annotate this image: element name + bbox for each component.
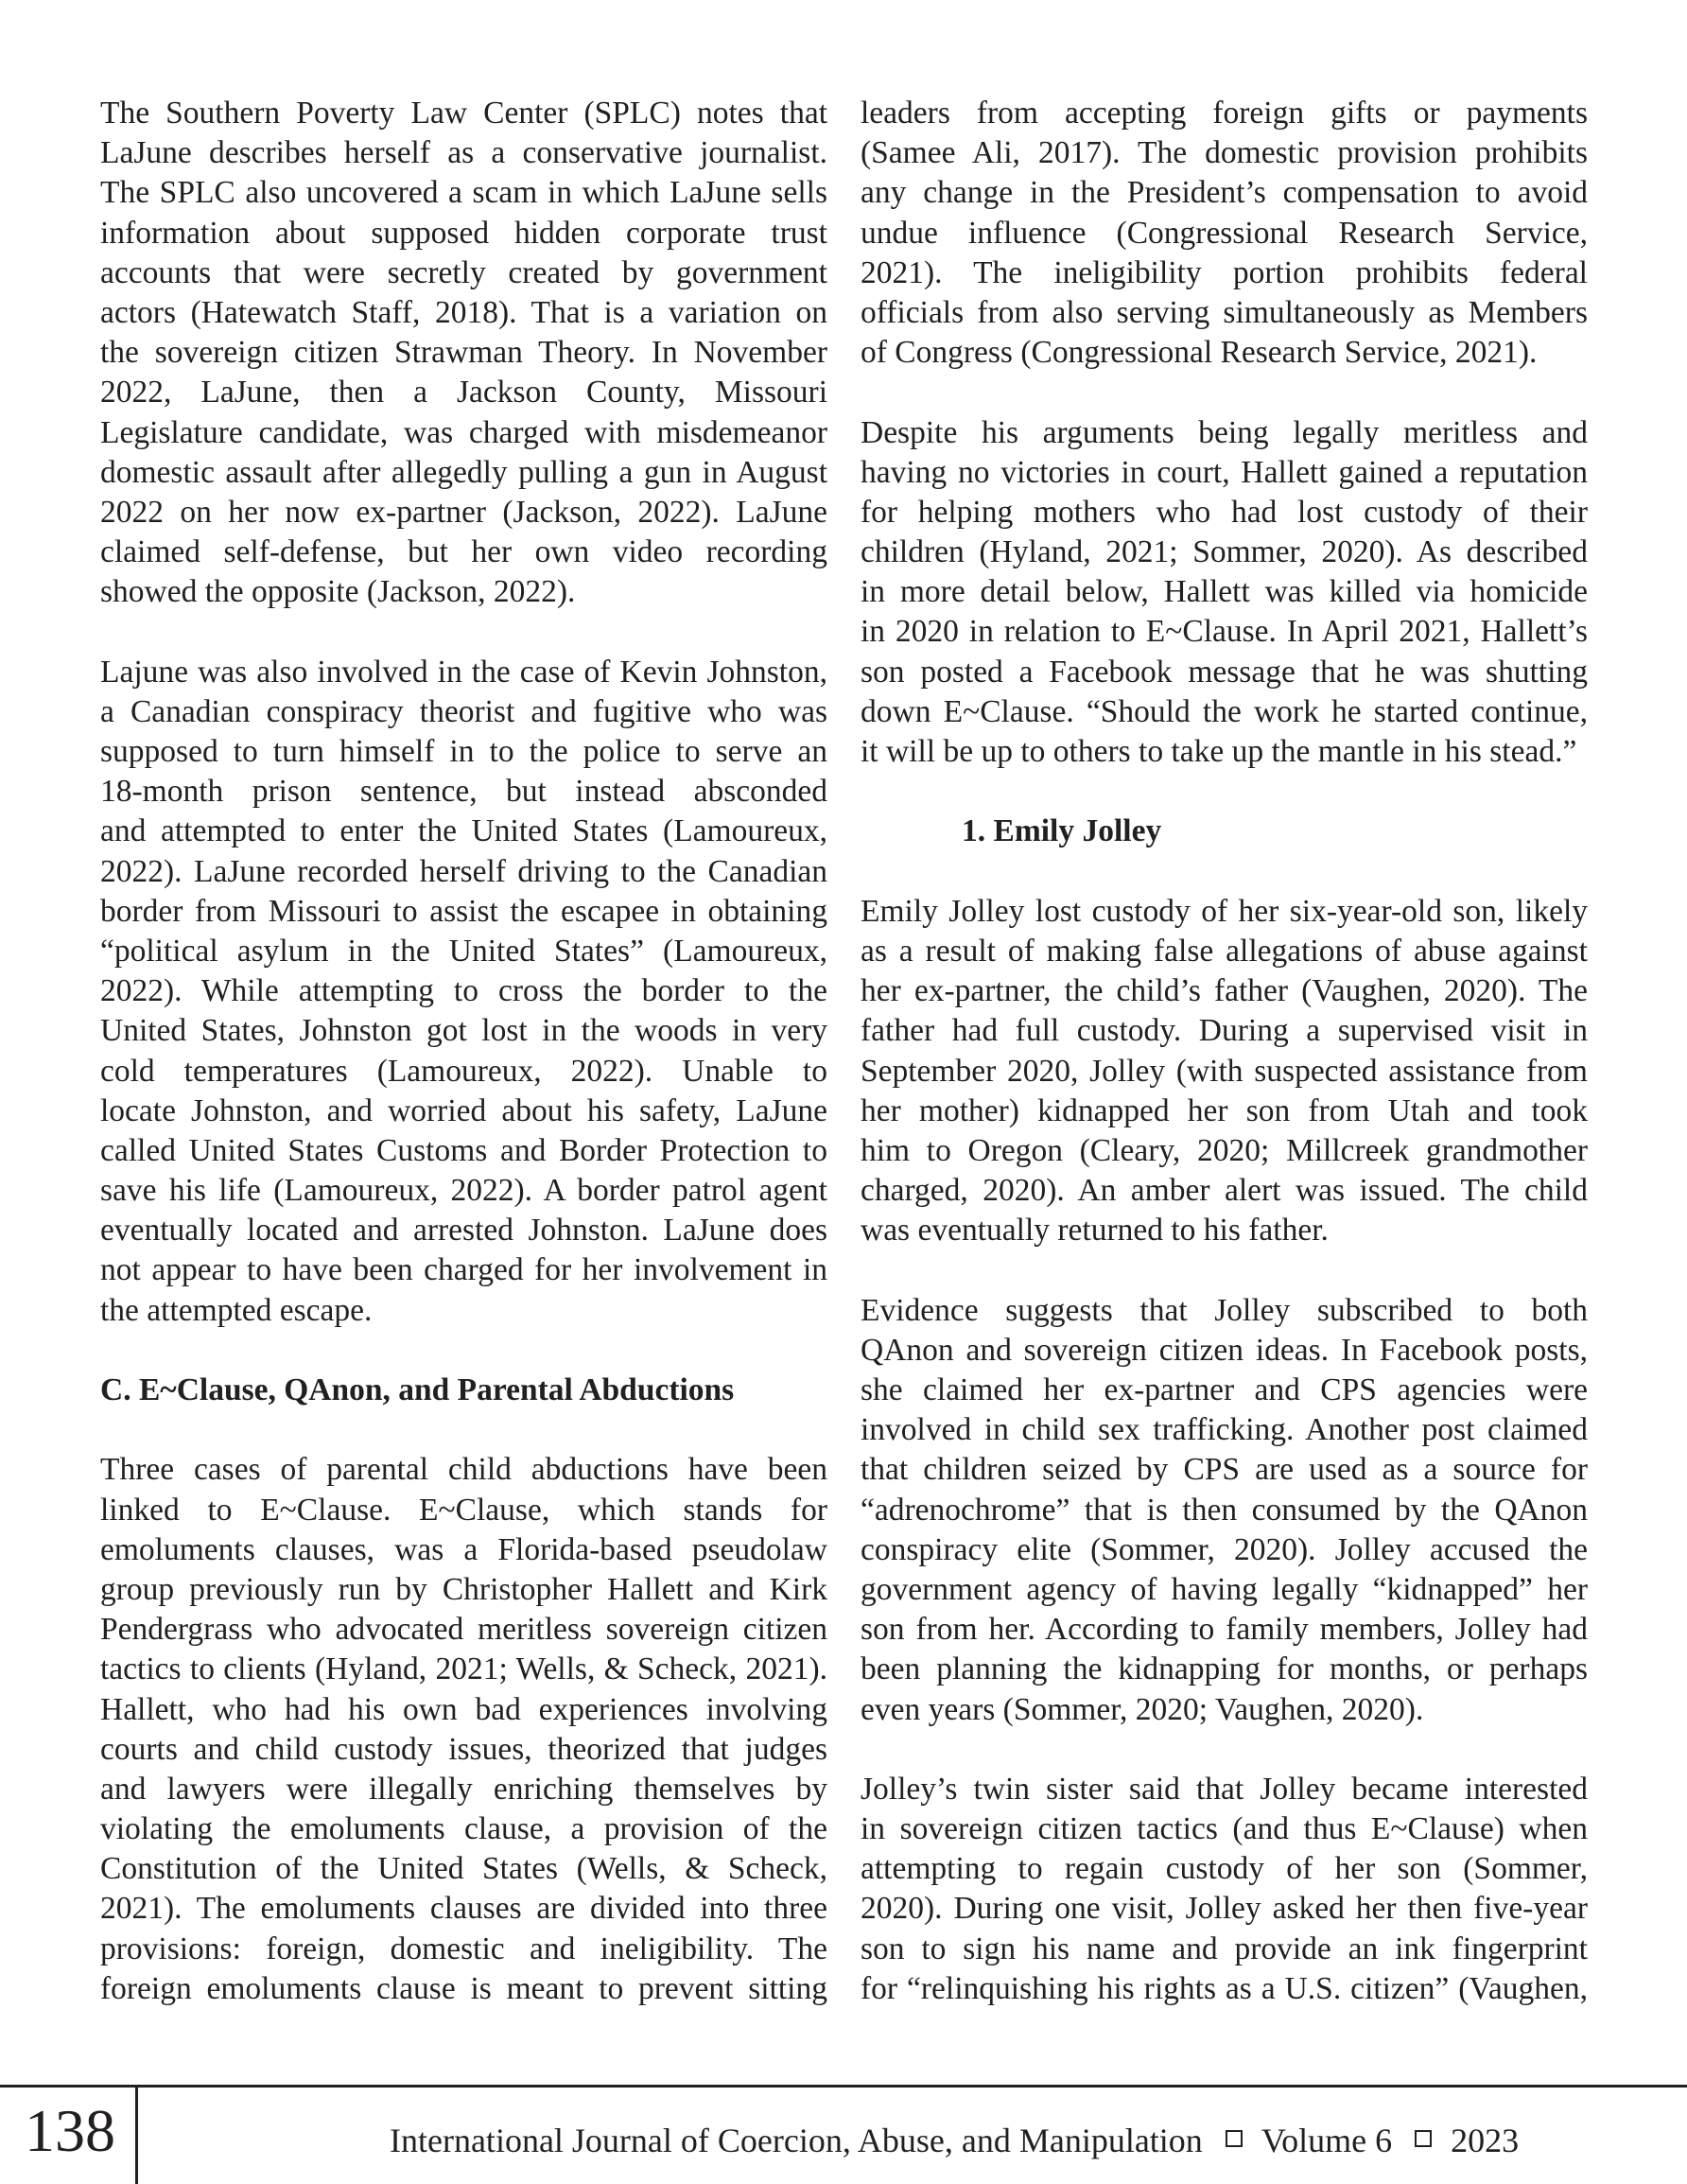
subsection-heading-emily-jolley: 1. Emily Jolley [861, 812, 1588, 851]
text-line: QAnon and sovereign citizen ideas. In Fa… [861, 1331, 1588, 1371]
volume-label: Volume 6 [1261, 2122, 1392, 2159]
text-line: leaders from accepting foreign gifts or … [861, 94, 1588, 133]
separator-square-icon [1226, 2130, 1243, 2147]
text-line: linked to E~Clause. E~Clause, which stan… [100, 1491, 827, 1530]
text-line: LaJune describes herself as a conservati… [100, 133, 827, 173]
text-line: the sovereign citizen Strawman Theory. I… [100, 333, 827, 373]
text-line: 18-month prison sentence, but instead ab… [100, 772, 827, 812]
text-line: Hallett, who had his own bad experiences… [100, 1690, 827, 1730]
paragraph-eclause-intro: Three cases of parental child abductions… [100, 1450, 827, 2009]
text-line: Three cases of parental child abductions… [100, 1450, 827, 1490]
text-line: foreign emoluments clause is meant to pr… [100, 1969, 827, 2009]
text-line: (Samee Ali, 2017). The domestic provisio… [861, 133, 1588, 173]
text-line: 2021). The emoluments clauses are divide… [100, 1889, 827, 1929]
text-line: supposed to turn himself in to the polic… [100, 732, 827, 772]
text-line: it will be up to others to take up the m… [861, 732, 1588, 772]
text-line: 2022). LaJune recorded herself driving t… [100, 852, 827, 892]
text-line: son from her. According to family member… [861, 1610, 1588, 1650]
text-line: accounts that were secretly created by g… [100, 253, 827, 293]
text-line: any change in the President’s compensati… [861, 173, 1588, 213]
paragraph-jolley-qanon: Evidence suggests that Jolley subscribed… [861, 1291, 1588, 1730]
text-line: called United States Customs and Border … [100, 1131, 827, 1171]
text-line: children (Hyland, 2021; Sommer, 2020). A… [861, 533, 1588, 572]
text-line: “adrenochrome” that is then consumed by … [861, 1491, 1588, 1530]
text-line: father had full custody. During a superv… [861, 1011, 1588, 1051]
text-line: that children seized by CPS are used as … [861, 1450, 1588, 1490]
paragraph-jolley-twin-sister: Jolley’s twin sister said that Jolley be… [861, 1770, 1588, 2009]
footer-rule [0, 2085, 1687, 2088]
text-line: been planning the kidnapping for months,… [861, 1650, 1588, 1689]
text-line: her mother) kidnapped her son from Utah … [861, 1092, 1588, 1131]
text-line: claimed self-defense, but her own video … [100, 533, 827, 572]
paragraph-hallett-reputation: Despite his arguments being legally meri… [861, 413, 1588, 773]
text-line: Pendergrass who advocated meritless sove… [100, 1610, 827, 1650]
text-line: provisions: foreign, domestic and inelig… [100, 1930, 827, 1969]
text-line: information about supposed hidden corpor… [100, 214, 827, 253]
text-line: Lajune was also involved in the case of … [100, 653, 827, 692]
text-line: government agency of having legally “kid… [861, 1570, 1588, 1610]
text-line: for “relinquishing his rights as a U.S. … [861, 1969, 1588, 2009]
text-line: cold temperatures (Lamoureux, 2022). Una… [100, 1052, 827, 1092]
text-line: 2022). While attempting to cross the bor… [100, 971, 827, 1011]
text-line: having no victories in court, Hallett ga… [861, 453, 1588, 493]
text-line: in 2020 in relation to E~Clause. In Apri… [861, 612, 1588, 652]
section-heading-c: C. E~Clause, QAnon, and Parental Abducti… [100, 1371, 827, 1410]
year-label: 2023 [1451, 2122, 1519, 2159]
text-line: was eventually returned to his father. [861, 1211, 1588, 1250]
text-line: courts and child custody issues, theoriz… [100, 1730, 827, 1770]
text-line: conspiracy elite (Sommer, 2020). Jolley … [861, 1530, 1588, 1570]
text-line: Emily Jolley lost custody of her six-yea… [861, 892, 1588, 932]
text-line: and attempted to enter the United States… [100, 812, 827, 851]
text-line: violating the emoluments clause, a provi… [100, 1809, 827, 1849]
text-line: the attempted escape. [100, 1291, 827, 1331]
text-line: The SPLC also uncovered a scam in which … [100, 173, 827, 213]
text-line: a Canadian conspiracy theorist and fugit… [100, 692, 827, 732]
text-line: attempting to regain custody of her son … [861, 1849, 1588, 1889]
text-line: Despite his arguments being legally meri… [861, 413, 1588, 453]
text-line: The Southern Poverty Law Center (SPLC) n… [100, 94, 827, 133]
text-line: tactics to clients (Hyland, 2021; Wells,… [100, 1650, 827, 1689]
text-line: even years (Sommer, 2020; Vaughen, 2020)… [861, 1690, 1588, 1730]
text-line: save his life (Lamoureux, 2022). A borde… [100, 1171, 827, 1211]
text-line: 2020). During one visit, Jolley asked he… [861, 1889, 1588, 1929]
text-line: son to sign his name and provide an ink … [861, 1930, 1588, 1969]
text-line: border from Missouri to assist the escap… [100, 892, 827, 932]
text-line: “political asylum in the United States” … [100, 932, 827, 971]
text-line: showed the opposite (Jackson, 2022). [100, 572, 827, 612]
running-footer: International Journal of Coercion, Abuse… [390, 2122, 1519, 2159]
text-line: actors (Hatewatch Staff, 2018). That is … [100, 293, 827, 333]
text-line: undue influence (Congressional Research … [861, 214, 1588, 253]
text-line: son posted a Facebook message that he wa… [861, 653, 1588, 692]
text-line: 2022, LaJune, then a Jackson County, Mis… [100, 373, 827, 412]
footer-divider [135, 2087, 138, 2184]
text-line: her ex-partner, the child’s father (Vaug… [861, 971, 1588, 1011]
text-line: group previously run by Christopher Hall… [100, 1570, 827, 1610]
left-column: The Southern Poverty Law Center (SPLC) n… [100, 94, 827, 2049]
text-line: Evidence suggests that Jolley subscribed… [861, 1291, 1588, 1331]
text-line: charged, 2020). An amber alert was issue… [861, 1171, 1588, 1211]
text-line: in sovereign citizen tactics (and thus E… [861, 1809, 1588, 1849]
text-line: domestic assault after allegedly pulling… [100, 453, 827, 493]
text-line: in more detail below, Hallett was killed… [861, 572, 1588, 612]
paragraph-jolley-custody: Emily Jolley lost custody of her six-yea… [861, 892, 1588, 1251]
text-line: Constitution of the United States (Wells… [100, 1849, 827, 1889]
page-number: 138 [25, 2098, 115, 2164]
text-line: of Congress (Congressional Research Serv… [861, 333, 1588, 373]
paragraph-lajune-splc: The Southern Poverty Law Center (SPLC) n… [100, 94, 827, 612]
text-line: Legislature candidate, was charged with … [100, 413, 827, 453]
text-line: she claimed her ex-partner and CPS agenc… [861, 1371, 1588, 1410]
text-line: locate Johnston, and worried about his s… [100, 1092, 827, 1131]
right-column: leaders from accepting foreign gifts or … [861, 94, 1588, 2049]
text-line: for helping mothers who had lost custody… [861, 493, 1588, 533]
text-line: involved in child sex trafficking. Anoth… [861, 1410, 1588, 1450]
text-line: 2022 on her now ex-partner (Jackson, 202… [100, 493, 827, 533]
text-line: Jolley’s twin sister said that Jolley be… [861, 1770, 1588, 1809]
paragraph-emoluments-provisions: leaders from accepting foreign gifts or … [861, 94, 1588, 373]
paragraph-kevin-johnston: Lajune was also involved in the case of … [100, 653, 827, 1331]
text-line: United States, Johnston got lost in the … [100, 1011, 827, 1051]
text-line: 2021). The ineligibility portion prohibi… [861, 253, 1588, 293]
separator-square-icon [1415, 2130, 1432, 2147]
text-line: and lawyers were illegally enriching the… [100, 1770, 827, 1809]
text-line: emoluments clauses, was a Florida-based … [100, 1530, 827, 1570]
text-line: down E~Clause. “Should the work he start… [861, 692, 1588, 732]
text-line: officials from also serving simultaneous… [861, 293, 1588, 333]
text-line: him to Oregon (Cleary, 2020; Millcreek g… [861, 1131, 1588, 1171]
journal-title: International Journal of Coercion, Abuse… [390, 2122, 1203, 2159]
text-line: eventually located and arrested Johnston… [100, 1211, 827, 1250]
text-line: as a result of making false allegations … [861, 932, 1588, 971]
text-line: September 2020, Jolley (with suspected a… [861, 1052, 1588, 1092]
text-line: not appear to have been charged for her … [100, 1250, 827, 1290]
